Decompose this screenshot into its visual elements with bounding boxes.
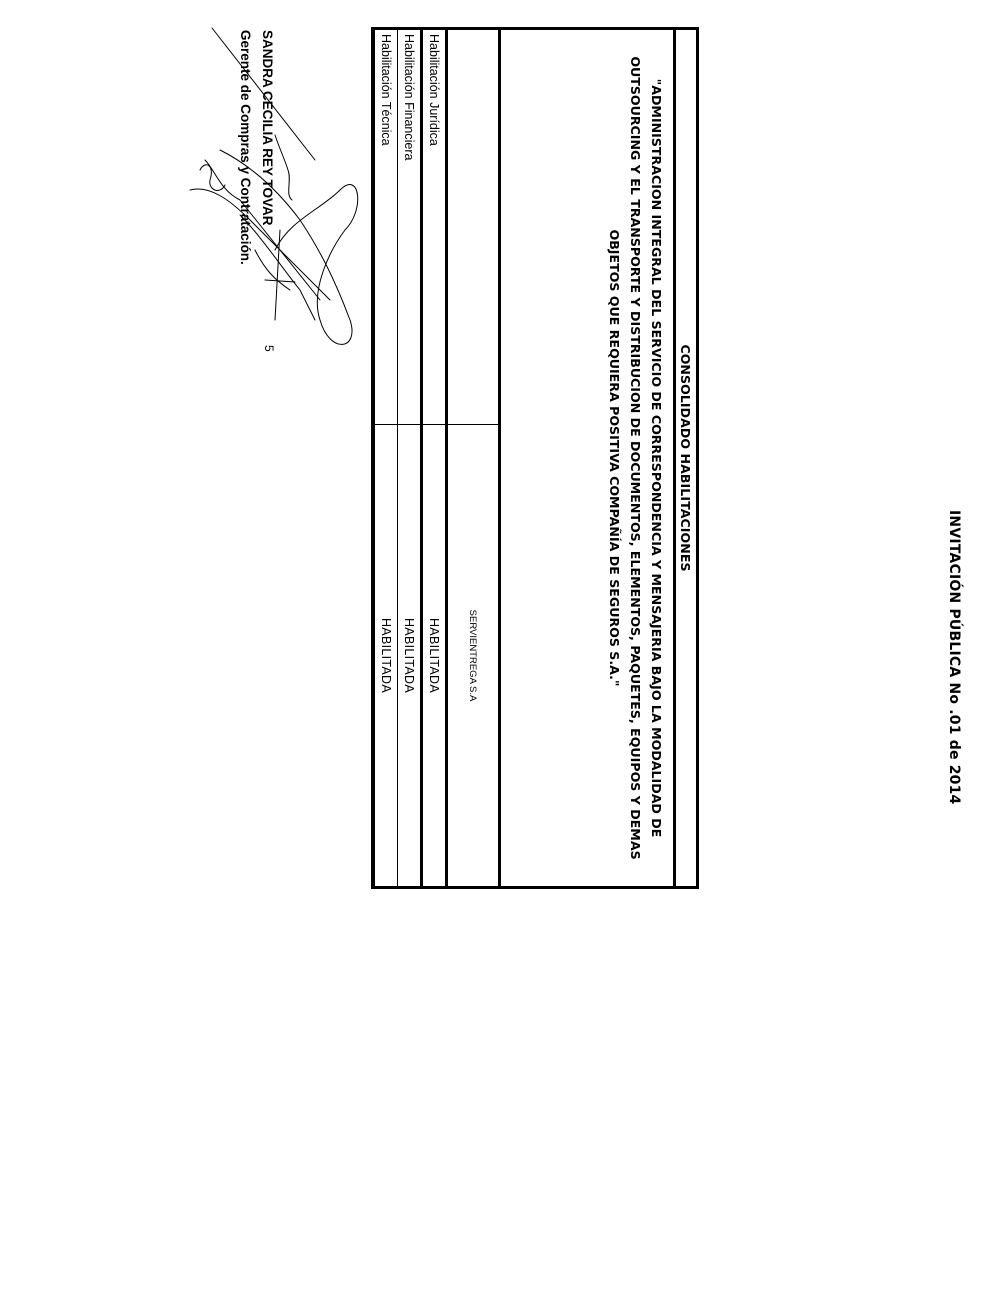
table-title: CONSOLIDADO HABILITACIONES <box>675 29 698 888</box>
table-row: Habilitación Jurídica HABILITADA <box>422 29 447 888</box>
row-label: Habilitación Jurídica <box>422 29 447 425</box>
row-status: HABILITADA <box>373 425 398 888</box>
row-status: HABILITADA <box>422 425 447 888</box>
signer-role: Gerente de Compras y Contratación. <box>235 30 253 310</box>
habilitaciones-table: CONSOLIDADO HABILITACIONES "ADMINISTRACI… <box>378 27 699 886</box>
table-header-row: SERVIENTREGA S.A <box>447 29 500 888</box>
signer-name: SANDRA CECILIA REY TOVAR <box>257 30 275 290</box>
table-row: Habilitación Financiera HABILITADA <box>398 29 422 888</box>
description-line: OUTSOURCING Y EL TRANSPORTE Y DISTRIBUCI… <box>625 36 646 880</box>
handwritten-signature-icon <box>180 20 380 370</box>
table-description-row: "ADMINISTRACION INTEGRAL DEL SERVICIO DE… <box>500 29 675 888</box>
description-line: OBJETOS QUE REQUIERA POSITIVA COMPAÑÍA D… <box>604 36 625 880</box>
contract-description: "ADMINISTRACION INTEGRAL DEL SERVICIO DE… <box>500 29 675 888</box>
description-line: "ADMINISTRACION INTEGRAL DEL SERVICIO DE… <box>646 36 667 880</box>
consolidado-table: CONSOLIDADO HABILITACIONES "ADMINISTRACI… <box>371 27 699 889</box>
header-blank-cell <box>447 29 500 425</box>
document-heading: INVITACIÓN PÚBLICA No .01 de 2014 <box>940 510 962 770</box>
signature-mark: 5 <box>262 345 276 352</box>
row-label: Habilitación Financiera <box>398 29 422 425</box>
row-status: HABILITADA <box>398 425 422 888</box>
bidder-name: SERVIENTREGA S.A <box>447 425 500 888</box>
table-title-row: CONSOLIDADO HABILITACIONES <box>675 29 698 888</box>
